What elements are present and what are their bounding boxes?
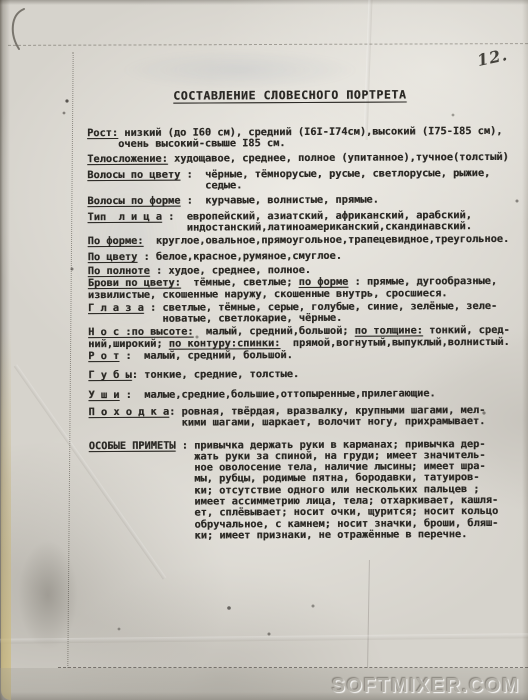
underlined-label: Р о т bbox=[88, 350, 119, 362]
text-segment: седые. bbox=[205, 180, 242, 192]
underlined-label: По форме: bbox=[88, 235, 144, 247]
page-number: 12. bbox=[475, 45, 509, 70]
text-line: новатые, светлокарие, чёрные. bbox=[88, 312, 522, 326]
text-line: У ш и : малые,средние,большие,оттопыренн… bbox=[88, 388, 522, 402]
text-line: По форме: круглое,овальное,прямоугольное… bbox=[88, 234, 522, 248]
text-segment: круглое,овальное,прямоугольное,трапецеви… bbox=[143, 233, 509, 247]
watermark: SOFTMIXER.COM bbox=[332, 675, 520, 698]
underlined-label: П о х о д к а bbox=[88, 406, 169, 418]
underlined-label: По цвету bbox=[88, 251, 138, 263]
paper-crease bbox=[367, 560, 370, 668]
underlined-label: Г л а з а bbox=[88, 302, 144, 314]
text-segment: индостанский,латиноамериканский,скандина… bbox=[187, 220, 472, 233]
text-segment: низкий (до I60 см), средний (I6I-I74см),… bbox=[118, 125, 502, 139]
text-line: седые. bbox=[87, 179, 521, 193]
text-line: кими шагами, шаркает, волочит ногу, прих… bbox=[89, 416, 523, 430]
text-line: Р о т : малый, средний, большой. bbox=[88, 349, 522, 363]
document-title: СОСТАВЛЕНИЕ СЛОВЕСНОГО ПОРТРЕТА bbox=[73, 87, 507, 103]
underlined-label: Телосложение: bbox=[87, 152, 168, 164]
text-segment: : малый, средний, большой. bbox=[119, 349, 293, 362]
document-lines: Рост: низкий (до I60 см), средний (I6I-I… bbox=[87, 126, 523, 542]
text-segment: ний,широкий; bbox=[88, 337, 169, 349]
text-line: Г у б ы: тонкие, средние, толстые. bbox=[88, 368, 522, 382]
text-line: ки; имеет признаки, не отражённые в пере… bbox=[89, 529, 523, 543]
text-segment: новатые, светлокарие, чёрные. bbox=[162, 312, 342, 325]
text-line: Волосы по форме : курчавые, волнистые, п… bbox=[87, 194, 521, 208]
underlined-label: по контуру:спинки: bbox=[169, 337, 281, 350]
dust-specks bbox=[0, 0, 2, 2]
text-segment: : худое, среднее, полное. bbox=[150, 264, 311, 277]
text-line: извилистые, скошенные наружу, скошенные … bbox=[88, 287, 522, 301]
document-body: СОСТАВЛЕНИЕ СЛОВЕСНОГО ПОРТРЕТА Рост: ни… bbox=[87, 87, 523, 542]
text-segment: : чёрные, тёмнорусые, русые, светлорусые… bbox=[180, 167, 490, 181]
copy-frame-top-line bbox=[8, 43, 528, 46]
text-segment: худощавое, среднее, полное (упитанное),т… bbox=[168, 151, 509, 165]
text-line: индостанский,латиноамериканский,скандина… bbox=[88, 221, 522, 235]
text-segment: прямой,вогнутый,выпуклый,волнистый. bbox=[280, 336, 509, 349]
underlined-label: Волосы по цвету bbox=[87, 169, 180, 181]
corner-curl-icon bbox=[4, 5, 34, 53]
text-segment: : малые,средние,большие,оттопыренные,при… bbox=[119, 387, 435, 401]
underlined-label: По полноте bbox=[88, 265, 150, 277]
page-edge-discoloration bbox=[1, 330, 11, 700]
underlined-label: Тип л и ц а bbox=[87, 211, 161, 223]
scanned-page: 12. СОСТАВЛЕНИЕ СЛОВЕСНОГО ПОРТРЕТА Рост… bbox=[0, 0, 528, 700]
paper-crease bbox=[0, 633, 528, 644]
text-line: По цвету : белое,красное,румяное,смуглое… bbox=[88, 250, 522, 264]
text-segment: кими шагами, шаркает, волочит ногу, прих… bbox=[182, 415, 486, 429]
underlined-label: У ш и bbox=[88, 389, 119, 401]
text-line: Телосложение: худощавое, среднее, полное… bbox=[87, 151, 521, 165]
text-segment: извилистые, скошенные наружу, скошенные … bbox=[88, 287, 448, 301]
ink-ghost-smudge bbox=[120, 50, 360, 90]
text-line: ний,широкий; по контуру:спинки: прямой,в… bbox=[88, 337, 522, 351]
text-line: очень высокий-свыше I85 см. bbox=[87, 137, 521, 151]
text-segment: ки; имеет признаки, не отражённые в пере… bbox=[194, 528, 467, 541]
underlined-label: Волосы по форме bbox=[87, 195, 180, 207]
underlined-label: Г у б ы bbox=[88, 369, 131, 381]
text-segment: : белое,красное,румяное,смуглое. bbox=[137, 249, 342, 262]
underlined-label: ОСОБЫЕ ПРИМЕТЫ bbox=[89, 439, 176, 451]
text-segment: : тонкие, средние, толстые. bbox=[132, 368, 299, 381]
underlined-label: Рост: bbox=[87, 127, 118, 139]
text-segment: очень высокий-свыше I85 см. bbox=[118, 137, 285, 150]
text-segment: : курчавые, волнистые, прямые. bbox=[180, 194, 378, 207]
